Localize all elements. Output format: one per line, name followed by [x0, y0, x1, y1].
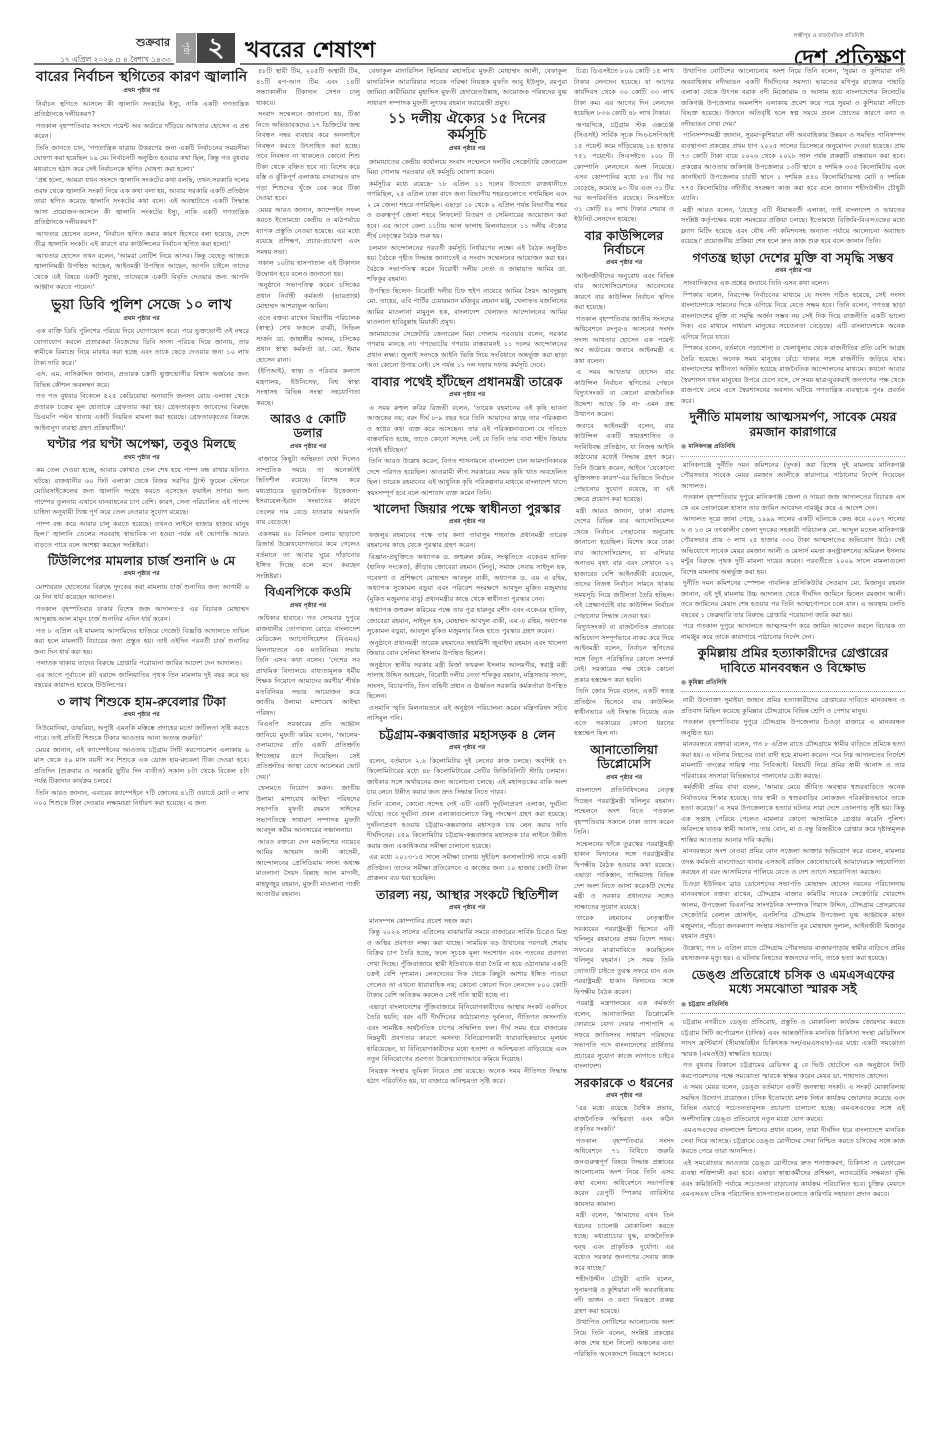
headline: ভুয়া ডিবি পুলিশ সেজে ১০ লাখ: [34, 297, 249, 313]
paragraph: এছাড়া বাংলাদেশের পুঁজিবাজারে বিনিয়োগকা…: [367, 1002, 567, 1065]
paragraph: এস. এম. নাসিরুদ্দিন জানান, প্রতারক চক্রট…: [34, 369, 249, 390]
paragraph: নিউমোনিয়া, ডায়রিয়া, অপুষ্টি এমনকি মস্…: [34, 723, 249, 744]
paragraph: মানসম্পন্ন কোম্পানির প্রবেশ সহজ করা।: [367, 916, 567, 927]
paragraph: একসময় ৪৮ বিলিয়ন ডলার ছাড়ানো রিজার্ভ উ…: [256, 529, 360, 582]
headline: বারের নির্বাচন স্থগিতের কারণ জ্বালানি: [34, 69, 249, 85]
paragraph: সকাল ১০টায় হাসপাতাল এই টিকাদান উদ্বোধন …: [256, 258, 360, 279]
paragraph: এ সময় রুহুল কবির রিজভী বলেন, 'তারেক রহম…: [367, 403, 567, 456]
page-number: ২: [197, 33, 235, 63]
paragraph: বলেন, বর্তমানে ২.৬ কিলোমিটার দুই লেনের ক…: [367, 756, 567, 798]
paragraph: মানিকগঞ্জে দুর্নীতি দমন কমিশনের (দুদক) ক…: [681, 460, 905, 492]
paragraph: জামায়াতের কেন্দ্রীয় কার্যালয়ে সংবাদ স…: [367, 157, 567, 178]
paragraph: গতকাল বৃহস্পতিবার সংসদ অধিবেশনে ৭১ বিধিত…: [574, 1136, 674, 1210]
paragraph: অপরদিকে, চট্টগ্রাম স্টক এক্সচেঞ্জ (সিএসই…: [574, 120, 674, 225]
paragraph: অধিকার হারাবে। গত সোমবার দুপুরে রাজধানীর…: [256, 613, 360, 718]
continued-label: প্রথম পৃষ্ঠার পর: [367, 517, 567, 528]
article-market-continued: চিত্র। ডিএসইতে ৮০৬ কোটি ১৫ লাখ টাকার লেন…: [574, 66, 674, 225]
paragraph: বিজ্ঞান-প্রযুক্তিতে অধ্যাপক ড. জহুরুল কর…: [367, 552, 567, 605]
brand-tagline: লক্ষ্মীপুর ও রাজনৈতিক প্রতিনিধি: [793, 33, 905, 41]
paragraph: এর আগে পূর্বাচলে প্লট বরাদ্দে জালিয়াতির…: [34, 670, 249, 691]
paragraph: গতকাল বৃহস্পতিবার ঢাকার বিশেষ জজ আদালত-৫…: [34, 604, 249, 625]
paragraph: পলাতক থাকায় তাদের বিরুদ্ধে গ্রেপ্তারি প…: [34, 658, 249, 669]
paragraph: সংবাদ সম্মেলনে জানানো হয়, টিকা নিতে অভি…: [256, 109, 360, 204]
paragraph: বেফাকুল মাদারিসিল স্থিনিয়ার মহাসচিব মুফ…: [367, 66, 567, 108]
headline: গণতন্ত্র ছাড়া দেশের মুক্তি বা সমৃদ্ধি স…: [681, 251, 905, 265]
paragraph: বিদ্যুৎসংকট বা রাজনৈতিক প্রভাবের অভিযোগ …: [574, 622, 674, 685]
continued-label: প্রথম পৃষ্ঠার পর: [34, 86, 249, 97]
headline: আনাতোলিয়া ডিপ্লোমেসি: [574, 743, 674, 772]
headline: দুর্নীতি মামলায় আত্মসমর্পণ, সাবেক মেয়র…: [681, 410, 905, 439]
continued-label: প্রথম পৃষ্ঠার পর: [256, 442, 360, 453]
paragraph: পররাষ্ট্র মন্ত্রণালয়ের এক কর্মকর্তা বলে…: [574, 998, 674, 1072]
paragraph: উপস্থিত ছিলেন- বিরোধী দলীয় চিফ হুইপ নায…: [367, 286, 567, 328]
paragraph: গতকাল বৃহস্পতিবার জাতীয় সংসদের অধিবেশনে…: [574, 314, 674, 367]
headline: খালেদা জিয়ার পক্ষে স্বাধীনতা পুরস্কার: [367, 502, 567, 516]
headline: বাবার পথেই হাঁটছেন প্রধানমন্ত্রী তারেক: [367, 375, 567, 389]
article-surma-continued: উত্থাপিত নোটিশের আলোচনায় অংশ নিয়ে তিনি…: [681, 66, 905, 247]
paragraph: এতে বক্তব্য রাখেন বিভাগীয় পরিচালক (স্বা…: [256, 313, 360, 366]
article-rubella-continued: ৪৮টি স্থায়ী টিম, ২০৫টি অস্থায়ী টিম, ৪১…: [256, 66, 360, 408]
article-bnp-qawmi: বিএনপিকে কওমি প্রথম পৃষ্ঠার পর অধিকার হা…: [256, 585, 360, 899]
paragraph: মন্ত্রী আরও বলেন, 'যেহেতু এটি সীমান্তবর্…: [681, 205, 905, 247]
paragraph: স্পিকার বলেন, বর্তমানে পড়াশোনা ও খেলাধু…: [681, 343, 905, 406]
paragraph: কম তেল দেওয়া হচ্ছে, আবার কোথাও তেল শেষ …: [34, 465, 249, 518]
paragraph: তিনি জানতে চান, 'গণতান্ত্রিক যাত্রায় উত…: [34, 143, 249, 175]
article-liquidity: তারল্য নয়, আস্থার সংকটে স্থিতিশীল প্রথম…: [367, 888, 567, 1087]
paragraph: এর মধ্যে ২০১৩-১৫ সালে সমীক্ষা চালায় সুই…: [367, 852, 567, 884]
article-rubella: ৩ লাখ শিশুকে হাম-রুবেলার টিকা প্রথম পৃষ্…: [34, 695, 249, 809]
paragraph: মানববন্ধনে বক্তারা বলেন, গত ৮ এপ্রিল রাত…: [681, 739, 905, 781]
paragraph: মোশাররফ হোসেনের বিরুদ্ধে দুদকের করা মামল…: [34, 582, 249, 603]
headline: ডেঙ্গু প্রতিরোধে চসিক ও এমএসএফের মধ্যে স…: [681, 968, 905, 997]
paragraph: সাংবাদিকদের এক প্রশ্নের জবাবে তিনি এসব ক…: [681, 278, 905, 289]
paragraph: উত্থাপিত নোটিশের আলোচনায় অংশ নিয়ে তিনি…: [681, 66, 905, 129]
paragraph: আরও বক্তব্যে দেন মজলিশের নায়েবে আমির আহ…: [256, 837, 360, 900]
continued-label: প্রথম পৃষ্ঠার পর: [367, 390, 567, 401]
paragraph: ফজলুর রহমানের পক্ষে তার কন্যা তাবাসুম শা…: [367, 530, 567, 551]
paragraph: দুর্নীতি দমন কমিশনের স্পেশাল পাবলিক প্রস…: [681, 578, 905, 620]
paragraph: অনুষ্ঠানে সভাপতিত্ব করেন চসিকের প্রধান ন…: [256, 280, 360, 312]
article-tulip: টিউলিপের মামলার চার্জ শুনানি ৬ মে প্রথম …: [34, 554, 249, 691]
column-1: বারের নির্বাচন স্থগিতের কারণ জ্বালানি প্…: [34, 66, 249, 1436]
paragraph: নির্বাচন স্থগিতে আসলে কী জ্বালানি সংকটের…: [34, 99, 249, 120]
headline: আরও ৫ কোটি ডলার: [256, 412, 360, 441]
paragraph: খেলমতে নিয়োগ করুন। জাতীয় উলামা মাশায়ে…: [256, 783, 360, 836]
paragraph: বিএনপি সরকারের প্রতি আহ্বান জানিয়ে মুফত…: [256, 719, 360, 782]
column-5: উত্থাপিত নোটিশের আলোচনায় অংশ নিয়ে তিনি…: [681, 66, 905, 1436]
paragraph: মেয়র আরও জানান, ক্যাম্পেইন সফল করতে ইতো…: [256, 205, 360, 258]
paragraph: পাম্প বন্ধ করে আবার চালু করতে হয়েছে। তখ…: [34, 519, 249, 551]
paragraph: মানববন্ধনে অংশ নেওয়া প্রমির বোন সজেলা আ…: [681, 846, 905, 878]
paragraph: তিনি জোর দিয়ে বলেন, একটি স্বতন্ত্র প্রত…: [574, 686, 674, 739]
paragraph: শহীদউদ্দীন চৌধুরী এ্যানি বলেন, সুনামগঞ্জ…: [574, 1274, 674, 1316]
headline: বার কাউন্সিলের নির্বাচনে: [574, 229, 674, 258]
paragraph: চিওড়া ইউনিয়ন ব্রাড ডোনেশনের সভাপতি মোহ…: [681, 879, 905, 942]
paragraph: আখতার হোসেন তখন বলেন, 'আমরা নোটিশ নিয়ে …: [34, 251, 249, 293]
paragraph: 'এর মধ্যে রয়েছে বৈশ্বিক প্রভাব, রাজনৈতি…: [574, 1103, 674, 1135]
paragraph: এ সময় আখতার হোসেন বার কাউন্সিল নির্বাচন…: [574, 367, 674, 420]
continued-label: প্রথম পৃষ্ঠার পর: [256, 601, 360, 612]
paragraph: চিত্র। ডিএসইতে ৮০৬ কোটি ১৫ লাখ টাকার লেন…: [574, 66, 674, 119]
paragraph: উত্থাপিত নোটিশের আলোচনায় অংশ নিয়ে তিনি…: [574, 1317, 674, 1359]
article-tarique-path: বাবার পথেই হাঁটছেন প্রধানমন্ত্রী তারেক প…: [367, 375, 567, 498]
paragraph: গতকাল বৃহস্পতিবার দুপুরে মানিকগঞ্জ জেলা …: [681, 492, 905, 513]
paragraph: পরে গতকাল দুপুরে আদালতে আত্মসমর্পণ করে জ…: [681, 621, 905, 642]
paragraph: এই সমঝোতার আওতায় ডেঙ্গু রোগীদের দ্রুত শ…: [681, 1158, 905, 1200]
article-eleven-party: বেফাকুল মাদারিসিল স্থিনিয়ার মহাসচিব মুফ…: [367, 66, 567, 371]
article-fake-db: ভুয়া ডিবি পুলিশ সেজে ১০ লাখ প্রথম পৃষ্ঠ…: [34, 297, 249, 434]
article-five-billion: আরও ৫ কোটি ডলার প্রথম পৃষ্ঠার পর বাজারে …: [256, 412, 360, 581]
headline: ঘণ্টার পর ঘণ্টা অপেক্ষা, তবুও মিলছে: [34, 437, 249, 451]
masthead-rule-right: [240, 63, 905, 65]
paragraph: আইনজীবীদের অনুরোধ এবং বিভিন্ন বার অ্যাসো…: [574, 271, 674, 313]
continued-label: প্রথম পৃষ্ঠার পর: [34, 710, 249, 721]
paragraph: নিয়ন্ত্রক সংস্থার ভূমিকা নিয়েও প্রশ্ন …: [367, 1066, 567, 1087]
paragraph: ৪৮টি স্থায়ী টিম, ২০৫টি অস্থায়ী টিম, ৪১…: [256, 66, 360, 108]
byline: মানিকগঞ্জ প্রতিনিধি: [681, 440, 905, 457]
paragraph: (ইপিআই), স্বাস্থ্য ও পরিবার কল্যাণ মন্ত্…: [256, 366, 360, 408]
paragraph: গত ৮ এপ্রিল এই মামলার আসামিদের হাজিরে গে…: [34, 626, 249, 658]
paragraph: জবাবে আইনমন্ত্রী বলেন, বার কাউন্সিল একটি…: [574, 421, 674, 505]
column-3: বেফাকুল মাদারিসিল স্থিনিয়ার মহাসচিব মুফ…: [367, 66, 567, 1436]
byline: চট্টগ্রাম প্রতিনিধি: [681, 998, 905, 1015]
continued-label: প্রথম পৃষ্ঠার পর: [34, 569, 249, 580]
paragraph: বাজারে কিছুটা অস্থিরতা দেখা দিলেও সাম্প্…: [256, 454, 360, 528]
paragraph: উল্লেখ্য, গত ৮ এপ্রিল রাতে চৌদ্দগ্রাম পৌ…: [681, 943, 905, 964]
paragraph: মেয়র জানান, এই ক্যাম্পেইনের আওতায় চট্ট…: [34, 745, 249, 787]
article-ctg-highway: চট্টগ্রাম-কক্সবাজার মহাসড়ক ৪ লেন প্রথম …: [367, 728, 567, 884]
headline: তারল্য নয়, আস্থার সংকটে স্থিতিশীল: [367, 888, 567, 902]
issue-day: শুক্রবার: [60, 34, 170, 53]
article-bar-council: বার কাউন্সিলের নির্বাচনে প্রথম পৃষ্ঠার প…: [574, 229, 674, 739]
paragraph: কিন্তু ২০২৬ সালের এপ্রিলের মাঝামাঝি সময়…: [367, 927, 567, 1001]
article-mayor-surrender: দুর্নীতি মামলায় আত্মসমর্পণ, সাবেক মেয়র…: [681, 410, 905, 642]
paragraph: জামায়াতের সেক্রেটারি জেনারেল মিয়া গোলা…: [367, 329, 567, 371]
continued-label: প্রথম পৃষ্ঠার পর: [367, 144, 567, 155]
headline: চট্টগ্রাম-কক্সবাজার মহাসড়ক ৪ লেন: [367, 728, 567, 742]
article-waiting-hours: ঘণ্টার পর ঘণ্টা অপেক্ষা, তবুও মিলছে প্রথ…: [34, 437, 249, 550]
paragraph: তিনি আরও উল্লেখ করেন, বিগত শাসনামলে বাংল…: [367, 456, 567, 498]
continued-label: প্রথম পৃষ্ঠার পর: [34, 314, 249, 325]
masthead-rule-left: [34, 63, 174, 65]
paragraph: তারেক রহমানের নেতৃত্বাধীন সরকারের পররাষ্…: [574, 913, 674, 997]
continued-label: প্রথম পৃষ্ঠার পর: [367, 743, 567, 754]
paragraph: নারী উদ্যোক্তা সুমাইয়া জাহান প্রমির হত্…: [681, 695, 905, 716]
paragraph: আখতার হোসেন বলেন, 'নির্বাচন স্থগিত করার …: [34, 229, 249, 250]
article-comilla-protest: কুমিল্লায় প্রমির হত্যাকারীদের গ্রেপ্তার…: [681, 646, 905, 964]
paragraph: তিনি আরও জানান, এবারের ক্যাম্পেইনে ৭টি জ…: [34, 788, 249, 809]
paragraph: অধ্যাপক জহুরুল করিমের পক্ষে তার পুত্র হা…: [367, 605, 567, 637]
paragraph: কর্মজীবী প্রমির বাবা বলেন, 'আমার মেয়ে জ…: [681, 782, 905, 845]
paragraph: বাংলাদেশ প্রতিনিধিদলের নেতৃত্ব দিচ্ছেন প…: [574, 785, 674, 838]
article-govt-three: সরকারকে ৩ ধরনের প্রথম পৃষ্ঠার পর 'এর মধ্…: [574, 1076, 674, 1360]
article-khaleda-award: খালেদা জিয়ার পক্ষে স্বাধীনতা পুরস্কার প…: [367, 502, 567, 724]
article-democracy: গণতন্ত্র ছাড়া দেশের মুক্তি বা সমৃদ্ধি স…: [681, 251, 905, 407]
headline: কুমিল্লায় প্রমির হত্যাকারীদের গ্রেপ্তার…: [681, 646, 905, 675]
masthead: শুক্রবার ১৭ এপ্রিল ২০২৬ ▫ ৪ বৈশাখ ১৪৩৩ প…: [0, 0, 945, 50]
paragraph: গত বুধবার বিকালে চট্টগ্রামের রেডিসন ব্লু…: [681, 1060, 905, 1081]
paragraph: পানিসম্পদমন্ত্রী জানান, সুরমা-কুশিয়ারা …: [681, 130, 905, 204]
paragraph: আদালত সূত্রে জানা গেছে, ১৯৯৯ সালের একটি …: [681, 514, 905, 577]
headline: টিউলিপের মামলার চার্জ শুনানি ৬ মে: [34, 554, 249, 568]
continued-label: প্রথম পৃষ্ঠার পর: [681, 266, 905, 277]
column-4: চিত্র। ডিএসইতে ৮০৬ কোটি ১৫ লাখ টাকার লেন…: [574, 66, 674, 1436]
continued-label: প্রথম পৃষ্ঠার পর: [574, 773, 674, 784]
paragraph: স্পিকার বলেন, নিরপেক্ষ নির্বাচনের মাধ্যম…: [681, 290, 905, 343]
paragraph: অনুষ্ঠানে স্থানীয় সরকার মন্ত্রী মির্জা …: [367, 660, 567, 702]
headline: ৩ লাখ শিশুকে হাম-রুবেলার টিকা: [34, 695, 249, 709]
article-bar-election: বারের নির্বাচন স্থগিতের কারণ জ্বালানি প্…: [34, 69, 249, 293]
paragraph: এ সময় মেয়র বলেন, ডেঙ্গু বর্তমানে একটি …: [681, 1082, 905, 1124]
column-2: ৪৮টি স্থায়ী টিম, ২০৫টি অস্থায়ী টিম, ৪১…: [256, 66, 360, 1436]
paragraph: কর্মসূচির মধ্যে রয়েছে- ১৮ এপ্রিল ১১ দলে…: [367, 179, 567, 242]
paragraph: অনুষ্ঠানে প্রধানমন্ত্রী তারেক রহমানের সহ…: [367, 638, 567, 659]
paragraph: মন্ত্রী বলেন, 'আমাদের এখন তিন ধরনের চ্যা…: [574, 1210, 674, 1273]
article-anatolia: আনাতোলিয়া ডিপ্লোমেসি প্রথম পৃষ্ঠার পর ব…: [574, 743, 674, 1072]
byline: কুমিল্লা প্রতিনিধি: [681, 676, 905, 693]
paragraph: গতকাল বৃহস্পতিবার সংসদে পয়েন্ট অব অর্ডা…: [34, 121, 249, 142]
page-label: পৃষ্ঠা: [176, 33, 196, 63]
paragraph: 'প্রশ্ন হলো, আমরা যখন সংসদে জ্বালানি সংক…: [34, 175, 249, 228]
paragraph: এমএসএফের বাংলাদেশ মিশনের প্রধান বলেন, তা…: [681, 1125, 905, 1157]
continued-label: প্রথম পৃষ্ঠার পর: [367, 903, 567, 914]
headline: বিএনপিকে কওমি: [256, 585, 360, 599]
headline: সরকারকে ৩ ধরনের: [574, 1076, 674, 1090]
paragraph: ওসমানি স্মৃতি মিলনায়তনে এই অনুষ্ঠান পরি…: [367, 703, 567, 724]
paragraph: চলমান আন্দোলনের পরবর্তী কর্মসূচি নির্ধার…: [367, 243, 567, 285]
paragraph: গত গত বুধবার বিকেলে ৫২৫ কেডিয়োয়া অনাবা…: [34, 391, 249, 433]
continued-label: প্রথম পৃষ্ঠার পর: [574, 1091, 674, 1102]
headline: ১১ দলীয় ঐক্যের ১৫ দিনের কর্মসূচি: [367, 111, 567, 143]
paragraph: এক ব্যক্তি ডিবি পুলিশের পরিচয় দিয়ে যোগ…: [34, 326, 249, 368]
article-dengue-mou: ডেঙ্গু প্রতিরোধে চসিক ও এমএসএফের মধ্যে স…: [681, 968, 905, 1200]
paragraph: চট্টগ্রাম নগরীতে ডেঙ্গু প্রতিরোধ, প্রস্ত…: [681, 1017, 905, 1059]
paragraph: সম্মেলনের ফাঁকে তুরস্কের পররাষ্ট্রমন্ত্র…: [574, 839, 674, 913]
paragraph: গতকাল বৃহস্পতিবার দুপুরে চৌদ্দগ্রাম উপজে…: [681, 717, 905, 738]
continued-label: প্রথম পৃষ্ঠার পর: [574, 258, 674, 269]
continued-label: প্রথম পৃষ্ঠার পর: [34, 453, 249, 464]
paragraph: মন্ত্রী আরও জানান, ঢাকা বারসহ দেশের বিভি…: [574, 506, 674, 622]
paragraph: তিনি বলেন, কোনো সন্দেহ নেই এটি একটি দুর্…: [367, 799, 567, 852]
